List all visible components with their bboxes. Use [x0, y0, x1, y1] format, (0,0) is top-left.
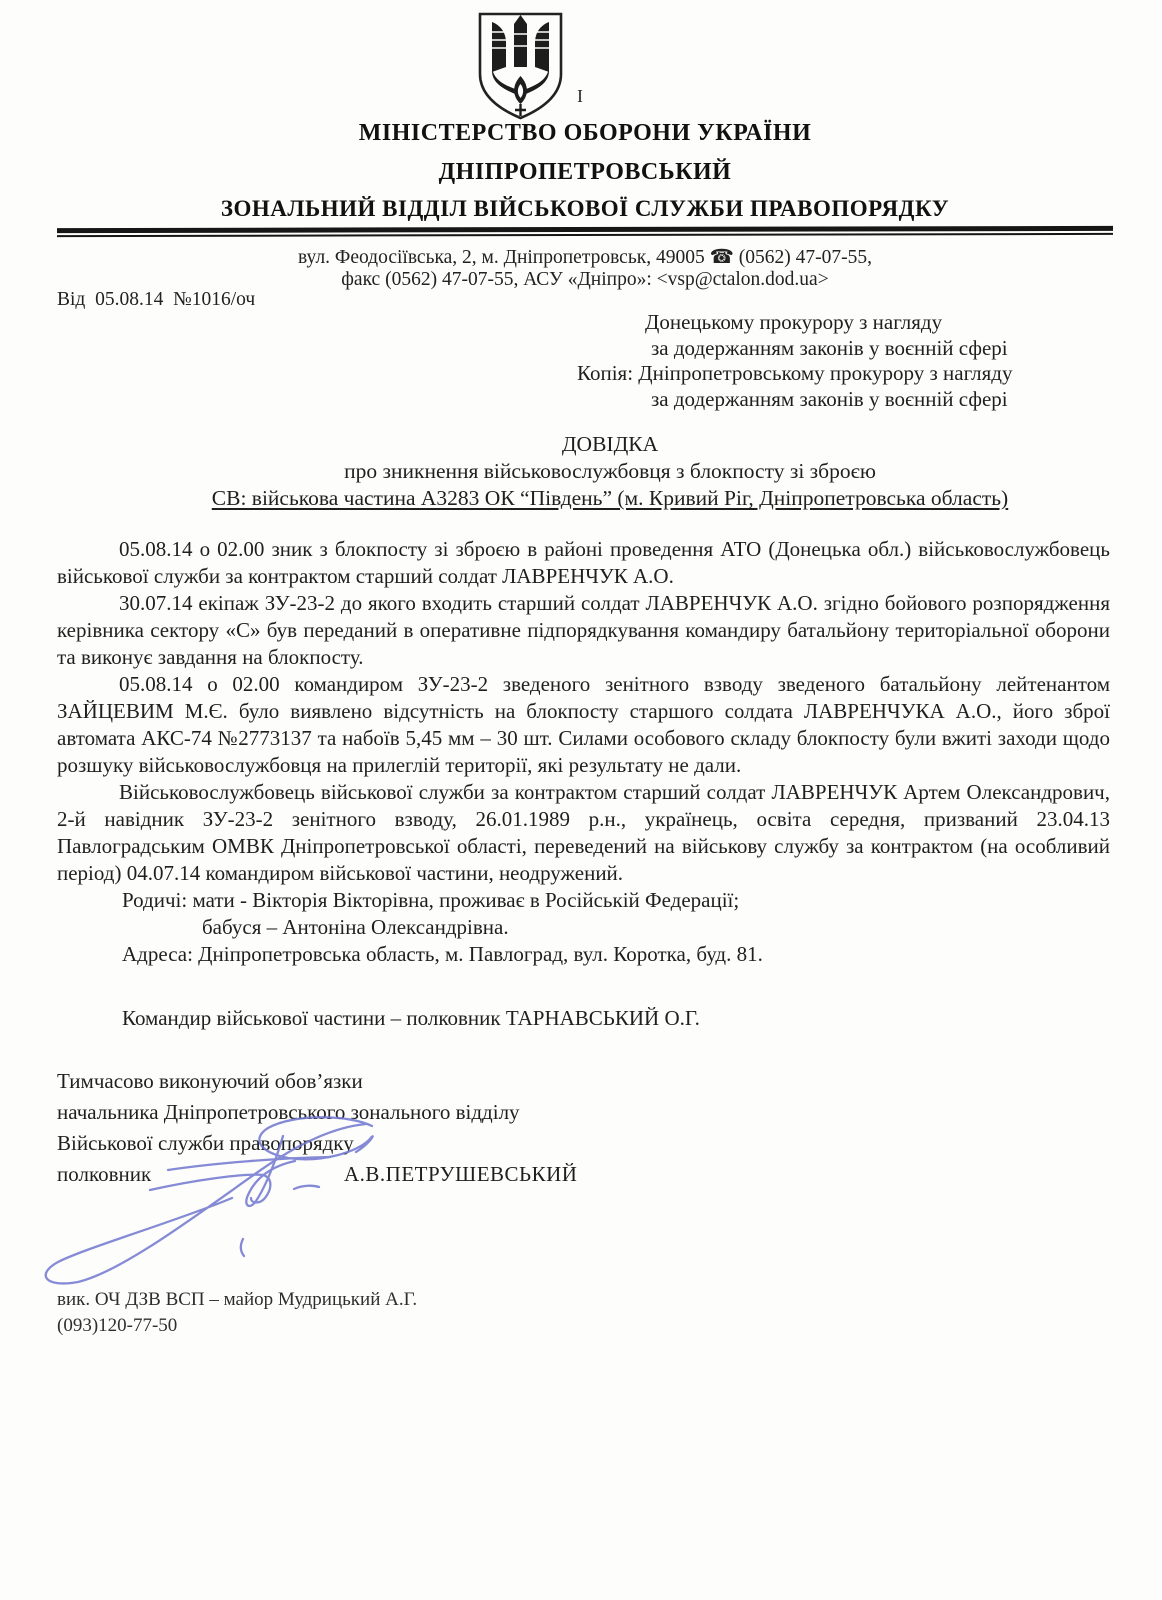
- ministry-title: МІНІСТЕРСТВО ОБОРОНИ УКРАЇНИ: [57, 120, 1113, 147]
- body-paragraph-4: Військовослужбовець військової служби за…: [57, 779, 1110, 887]
- addressee-line: Донецькому прокурору з нагляду: [645, 310, 1077, 336]
- addressee-line: за додержанням законів у воєнній сфері: [651, 387, 1077, 413]
- addressee-block: Донецькому прокурору з нагляду за додерж…: [577, 310, 1077, 412]
- document-body: 05.08.14 о 02.00 зник з блокпосту зі збр…: [57, 536, 1110, 968]
- tryzub-emblem-icon: [473, 10, 568, 122]
- region-unit-title: ДНІПРОПЕТРОВСЬКИЙ: [57, 159, 1113, 186]
- scan-artifact-mark: I: [577, 86, 583, 107]
- executor-footer: вик. ОЧ ДЗВ ВСП – майор Мудрицький А.Г. …: [57, 1287, 417, 1339]
- unit-commander-line: Командир військової частини – полковник …: [57, 1006, 700, 1031]
- addressee-copy-line: Копія: Дніпропетровському прокурору з на…: [577, 361, 1077, 387]
- military-unit-line: СВ: військова частина А3283 ОК “Південь”…: [107, 485, 1113, 512]
- executor-phone: (093)120-77-50: [57, 1313, 417, 1339]
- addressee-line: за додержанням законів у воєнній сфері: [651, 336, 1077, 362]
- body-paragraph-3: 05.08.14 о 02.00 командиром ЗУ-23-2 звед…: [57, 671, 1110, 779]
- body-paragraph-2: 30.07.14 екіпаж ЗУ-23-2 до якого входить…: [57, 590, 1110, 671]
- body-paragraph-1: 05.08.14 о 02.00 зник з блокпосту зі збр…: [57, 536, 1110, 590]
- letterhead-address-line2: факс (0562) 47-07-55, АСУ «Дніпро»: <vsp…: [57, 269, 1113, 291]
- department-title: ЗОНАЛЬНИЙ ВІДДІЛ ВІЙСЬКОВОЇ СЛУЖБИ ПРАВО…: [57, 196, 1113, 222]
- home-address-line: Адреса: Дніпропетровська область, м. Пав…: [57, 941, 1110, 968]
- signature-block: Тимчасово виконуючий обов’язки начальник…: [57, 1066, 577, 1190]
- signer-name: А.В.ПЕТРУШЕВСЬКИЙ: [344, 1162, 577, 1186]
- executor-line: вик. ОЧ ДЗВ ВСП – майор Мудрицький А.Г.: [57, 1287, 417, 1313]
- scanned-document-page: I МІНІСТЕРСТВО ОБОРОНИ УКРАЇНИ ДНІПРОПЕТ…: [0, 0, 1162, 1600]
- relatives-line-mother: Родичі: мати - Вікторія Вікторівна, прож…: [57, 887, 1110, 914]
- document-title-block: ДОВІДКА про зникнення військовослужбовця…: [57, 431, 1113, 512]
- document-title: ДОВІДКА: [107, 431, 1113, 458]
- letterhead-divider: [57, 226, 1113, 237]
- signer-duty-line2: начальника Дніпропетровського зонального…: [57, 1097, 577, 1128]
- outgoing-reference-number: Від 05.08.14 №1016/оч: [57, 289, 255, 311]
- signer-duty-line1: Тимчасово виконуючий обов’язки: [57, 1066, 577, 1097]
- signer-rank: полковник: [57, 1159, 344, 1190]
- relatives-line-grandmother: бабуся – Антоніна Олександрівна.: [57, 914, 1110, 941]
- document-subject: про зникнення військовослужбовця з блокп…: [107, 458, 1113, 485]
- signer-duty-line3: Військової служби правопорядку: [57, 1128, 577, 1159]
- letterhead-address-line1: вул. Феодосіївська, 2, м. Дніпропетровсь…: [57, 245, 1113, 269]
